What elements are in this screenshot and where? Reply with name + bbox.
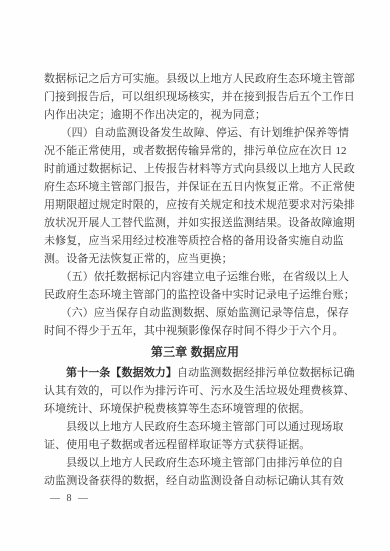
text-line: 县级以上地方人民政府生态环境主管部门可以通过现场取 bbox=[44, 418, 346, 436]
text-lines: 数据标记之后方可实施。县级以上地方人民政府生态环境主管部门接到报告后，可以组织现… bbox=[44, 70, 346, 490]
text-segment: 内作出决定；逾期不作出决定的，视为同意； bbox=[44, 109, 266, 121]
text-segment: 未修复，应当采用经过校准等质控合格的备用设备实施自动监 bbox=[44, 235, 344, 247]
text-segment: 证、使用电子数据或者远程留样取证等方式获得证据。 bbox=[44, 439, 310, 451]
text-segment: 数据标记之后方可实施。县级以上地方人民政府生态环境主管部 bbox=[44, 73, 355, 85]
text-segment: 民政府生态环境主管部门的监控设备中实时记录电子运维台账； bbox=[44, 289, 355, 301]
text-segment: 况不能正常使用，或者数据传输异常的，排污单位应在次日 12 bbox=[44, 145, 347, 157]
text-line: 认其有效的，可以作为排污许可、污水及生活垃圾处理费核算、 bbox=[44, 382, 346, 400]
text-line: （五）依托数据标记内容建立电子运维台账，在省级以上人 bbox=[44, 268, 346, 286]
text-line: 环境统计、环境保护税费核算等生态环境管理的依据。 bbox=[44, 400, 346, 418]
text-line: 未修复，应当采用经过校准等质控合格的备用设备实施自动监 bbox=[44, 232, 346, 250]
text-line: 测。设备无法恢复正常的，应当更换； bbox=[44, 250, 346, 268]
text-line: 时间不得少于五年，其中视频影像保存时间不得少于六个月。 bbox=[44, 322, 346, 340]
text-line: 第十一条【数据效力】自动监测数据经排污单位数据标记确 bbox=[44, 364, 346, 382]
text-line: 民政府生态环境主管部门的监控设备中实时记录电子运维台账； bbox=[44, 286, 346, 304]
text-line: （四）自动监测设备发生故障、停运、有计划维护保养等情 bbox=[44, 124, 346, 142]
text-line: 门接到报告后，可以组织现场核实，并在接到报告后五个工作日 bbox=[44, 88, 346, 106]
text-line: 用期限超过规定时限的，应按有关规定和技术规范要求对污染排 bbox=[44, 196, 346, 214]
text-segment: 环境统计、环境保护税费核算等生态环境管理的依据。 bbox=[44, 403, 310, 415]
text-segment: 时前通过数据标记、上传报告材料等方式向县级以上地方人民政 bbox=[44, 163, 355, 175]
text-line: 动监测设备获得的数据，经自动监测设备自动标记确认其有效 bbox=[44, 472, 346, 490]
text-segment: 府生态环境主管部门报告，并保证在五日内恢复正常。不正常使 bbox=[44, 181, 355, 193]
text-segment: 测。设备无法恢复正常的，应当更换； bbox=[44, 253, 233, 265]
document-page: 数据标记之后方可实施。县级以上地方人民政府生态环境主管部门接到报告后，可以组织现… bbox=[0, 0, 390, 551]
text-line: 况不能正常使用，或者数据传输异常的，排污单位应在次日 12 bbox=[44, 142, 346, 160]
text-segment: （四）自动监测设备发生故障、停运、有计划维护保养等情 bbox=[61, 127, 350, 139]
text-line: 证、使用电子数据或者远程留样取证等方式获得证据。 bbox=[44, 436, 346, 454]
text-line: （六）应当保存自动监测数据、原始监测记录等信息，保存 bbox=[44, 304, 346, 322]
page-number: — 8 — bbox=[50, 493, 90, 505]
bold-text-segment: 第三章 数据应用 bbox=[151, 345, 239, 359]
text-segment: （六）应当保存自动监测数据、原始监测记录等信息，保存 bbox=[61, 307, 350, 319]
text-line: 数据标记之后方可实施。县级以上地方人民政府生态环境主管部 bbox=[44, 70, 346, 88]
bold-text-segment: 第十一条【数据效力】 bbox=[66, 367, 177, 379]
text-line: 县级以上地方人民政府生态环境主管部门由排污单位的自 bbox=[44, 454, 346, 472]
chapter-heading: 第三章 数据应用 bbox=[44, 343, 346, 361]
text-line: 时前通过数据标记、上传报告材料等方式向县级以上地方人民政 bbox=[44, 160, 346, 178]
text-line: 放状况开展人工替代监测，并如实报送监测结果。设备故障逾期 bbox=[44, 214, 346, 232]
text-segment: 门接到报告后，可以组织现场核实，并在接到报告后五个工作日 bbox=[44, 91, 355, 103]
text-segment: （五）依托数据标记内容建立电子运维台账，在省级以上人 bbox=[61, 271, 350, 283]
text-line: 府生态环境主管部门报告，并保证在五日内恢复正常。不正常使 bbox=[44, 178, 346, 196]
text-segment: 用期限超过规定时限的，应按有关规定和技术规范要求对污染排 bbox=[44, 199, 355, 211]
text-segment: 放状况开展人工替代监测，并如实报送监测结果。设备故障逾期 bbox=[44, 217, 355, 229]
text-segment: 自动监测数据经排污单位数据标记确 bbox=[177, 367, 355, 379]
text-segment: 县级以上地方人民政府生态环境主管部门可以通过现场取 bbox=[66, 421, 344, 433]
text-line: 内作出决定；逾期不作出决定的，视为同意； bbox=[44, 106, 346, 124]
text-segment: 县级以上地方人民政府生态环境主管部门由排污单位的自 bbox=[66, 457, 344, 469]
text-segment: 动监测设备获得的数据，经自动监测设备自动标记确认其有效 bbox=[44, 475, 344, 487]
text-segment: 时间不得少于五年，其中视频影像保存时间不得少于六个月。 bbox=[44, 325, 344, 337]
text-segment: 认其有效的，可以作为排污许可、污水及生活垃圾处理费核算、 bbox=[44, 385, 355, 397]
